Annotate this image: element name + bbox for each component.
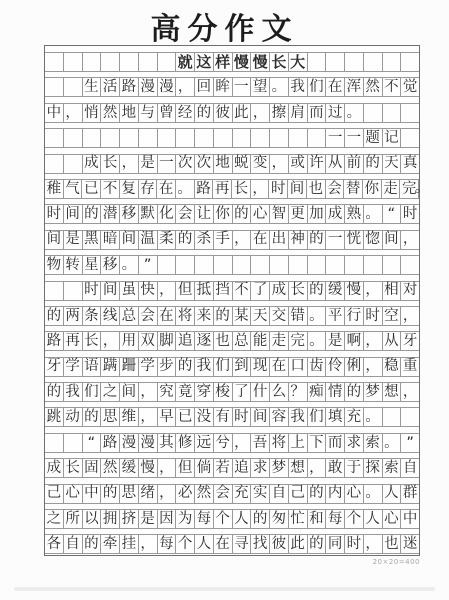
grid-cell: 在 — [326, 78, 345, 96]
grid-cell: 一 — [158, 155, 177, 173]
grid-cell: 于 — [345, 459, 364, 477]
grid-cell: ， — [308, 459, 327, 477]
photo-edge-smudge — [14, 587, 435, 591]
grid-cell: 时 — [45, 205, 64, 223]
grid-cell: 次 — [176, 155, 195, 173]
grid-cell: 的 — [251, 510, 270, 528]
grid-cell — [289, 256, 308, 274]
grid-cell: 心 — [345, 485, 364, 503]
grid-cell: 想 — [383, 383, 402, 401]
grid-row: 己心中的思绪，必然会充实自己的内心。人群 — [45, 484, 419, 504]
grid-cell: 之 — [101, 383, 120, 401]
grid-cell: 情 — [326, 383, 345, 401]
grid-cell: 时 — [233, 408, 252, 426]
grid-cell: 己 — [289, 485, 308, 503]
grid-cell — [139, 53, 158, 71]
grid-cell: 漫 — [158, 78, 177, 96]
grid-cell: 走 — [382, 180, 401, 198]
grid-cell: 但 — [176, 282, 195, 300]
grid-cell — [364, 104, 383, 122]
grid-cell: 天 — [251, 307, 270, 325]
grid-cell: 次 — [195, 155, 214, 173]
grid-cell: 路 — [195, 180, 214, 198]
grid-cell: 化 — [158, 205, 177, 223]
grid-cell: 的 — [308, 282, 327, 300]
grid-cell — [364, 53, 383, 71]
grid-cell — [383, 53, 402, 71]
grid-row: 各自的牵挂，每个人在寻找彼此的同时，也迷 — [45, 534, 419, 554]
grid-cell: 的 — [83, 535, 102, 553]
grid-cell: 路 — [45, 332, 64, 350]
grid-cell: 挂 — [120, 535, 139, 553]
grid-cell: 实 — [251, 485, 270, 503]
grid-cell: 自 — [64, 535, 83, 553]
grid-cell: 人 — [364, 510, 383, 528]
grid-cell: 在 — [214, 535, 233, 553]
grid-row: 间是黑暗间温柔的杀手，在出神的一恍惚间， — [45, 230, 419, 250]
grid-cell: 了 — [251, 282, 270, 300]
grid-cell: 一 — [345, 129, 364, 147]
grid-cell: 会 — [214, 485, 233, 503]
grid-cell: 找 — [251, 535, 270, 553]
manuscript-paper: 就这样慢慢长大生活路漫漫，回眸一望。我们在浑然不觉中，悄然地与曾经的彼此，擦肩而… — [44, 45, 420, 556]
grid-cell: 。 — [383, 434, 402, 452]
grid-row: 时间的潜移默化会让你的心智更加成熟。“时 — [45, 204, 419, 224]
grid-cell: 存 — [139, 180, 158, 198]
grid-cell — [158, 53, 177, 71]
grid-cell: 中 — [45, 104, 64, 122]
grid-cell: 抵 — [195, 282, 214, 300]
grid-cell: 绪 — [139, 485, 158, 503]
grid-cell — [308, 53, 327, 71]
grid-cell: 我 — [64, 383, 83, 401]
grid-cell: 长 — [289, 282, 308, 300]
grid-cell — [233, 256, 252, 274]
grid-cell: 神 — [289, 231, 308, 249]
grid-cell: 牙 — [45, 358, 64, 376]
grid-cell: 伶 — [326, 358, 345, 376]
grid-cell: 会 — [326, 180, 345, 198]
grid-cell: 若 — [214, 459, 233, 477]
grid-cell: 慢 — [233, 53, 252, 71]
grid-cell: 的 — [83, 408, 102, 426]
grid-cell: 们 — [83, 383, 102, 401]
grid-cell: 想 — [289, 459, 308, 477]
grid-cell: 敢 — [326, 459, 345, 477]
grid-cell: 浑 — [345, 78, 364, 96]
grid-cell — [64, 53, 83, 71]
grid-cell: 双 — [139, 332, 158, 350]
grid-cell — [214, 256, 233, 274]
grid-cell: 能 — [251, 332, 270, 350]
grid-cell: 路 — [120, 78, 139, 96]
grid-cell: 熟 — [345, 205, 364, 223]
grid-cell — [195, 256, 214, 274]
grid-cell: 拥 — [101, 510, 120, 528]
grid-cell: 在 — [157, 180, 176, 198]
grid-cell — [401, 104, 419, 122]
grid-cell: 我 — [289, 408, 308, 426]
grid-cell: 的 — [308, 485, 327, 503]
grid-cell: 复 — [120, 180, 139, 198]
grid-cell: 或 — [289, 155, 308, 173]
grid-cell: 移 — [101, 256, 120, 274]
grid-cell: 内 — [326, 485, 345, 503]
grid-cell: 天 — [383, 155, 402, 173]
grid-cell: 长 — [232, 180, 251, 198]
grid-cell: 是 — [139, 510, 158, 528]
grid-cell: 我 — [289, 78, 308, 96]
grid-cell: 脚 — [158, 332, 177, 350]
grid-cell: ” — [401, 434, 419, 452]
grid-cell: 已 — [176, 408, 195, 426]
grid-cell: 然 — [364, 78, 383, 96]
grid-cell: 时 — [401, 205, 419, 223]
grid-cell: 所 — [64, 510, 83, 528]
grid-cell — [101, 129, 120, 147]
grid-row: 稚气已不复存在。路再长，时间也会替你走完。 — [45, 179, 419, 199]
grid-cell: 求 — [345, 434, 364, 452]
grid-cell: 竟 — [176, 383, 195, 401]
grid-cell — [120, 129, 139, 147]
grid-cell: 个 — [214, 510, 233, 528]
grid-row: 牙学语蹒跚学步的我们到现在口齿伶俐，稳重 — [45, 357, 419, 377]
grid-cell: 现 — [251, 358, 270, 376]
grid-cell: 同 — [326, 535, 345, 553]
grid-cell: 们 — [308, 78, 327, 96]
grid-cell: 移 — [120, 205, 139, 223]
grid-cell: 生 — [83, 78, 102, 96]
grid-cell: 时 — [364, 307, 383, 325]
grid-cell: ， — [364, 358, 383, 376]
grid-cell — [401, 53, 419, 71]
grid-cell: 求 — [251, 459, 270, 477]
grid-cell — [45, 53, 64, 71]
grid-cell: 将 — [270, 434, 289, 452]
grid-cell: 为 — [176, 510, 195, 528]
grid-cell: 其 — [158, 434, 177, 452]
grid-cell: 自 — [401, 459, 419, 477]
grid-cell: 总 — [120, 307, 139, 325]
grid-cell: 稚 — [45, 180, 64, 198]
grid-cell: 一 — [233, 78, 252, 96]
grid-cell: 们 — [214, 358, 233, 376]
grid-cell: 没 — [195, 408, 214, 426]
grid-row: 一一题记 — [45, 128, 419, 148]
grid-cell: 们 — [308, 408, 327, 426]
grid-cell — [176, 256, 195, 274]
grid-cell: 总 — [233, 332, 252, 350]
grid-cell — [45, 155, 64, 173]
grid-cell: 有 — [214, 408, 233, 426]
grid-cell — [83, 129, 102, 147]
grid-cell: 长 — [83, 332, 102, 350]
grid-cell: 已 — [82, 180, 101, 198]
grid-spec-label: 20×20=400 — [44, 558, 420, 566]
grid-cell: 智 — [270, 205, 289, 223]
grid-cell: 思 — [120, 485, 139, 503]
grid-cell: 的 — [176, 231, 195, 249]
grid-cell: 蹒 — [101, 358, 120, 376]
grid-cell: 追 — [233, 459, 252, 477]
grid-cell: 每 — [326, 510, 345, 528]
grid-cell: 学 — [139, 358, 158, 376]
grid-cell: 快 — [139, 282, 158, 300]
grid-cell — [383, 104, 402, 122]
grid-cell: 此 — [233, 104, 252, 122]
grid-cell: 穿 — [195, 383, 214, 401]
grid-cell: ， — [158, 282, 177, 300]
grid-cell: ， — [101, 332, 120, 350]
grid-cell: 漫 — [139, 434, 158, 452]
grid-row: 成长固然缓慢，但倘若追求梦想，敢于探索自 — [45, 458, 419, 478]
grid-cell: 地 — [120, 104, 139, 122]
grid-cell: 眸 — [214, 78, 233, 96]
grid-cell: 倘 — [195, 459, 214, 477]
grid-cell: 是 — [326, 332, 345, 350]
grid-cell — [308, 256, 327, 274]
grid-cell: 人 — [195, 535, 214, 553]
grid-cell: 忙 — [289, 510, 308, 528]
grid-cell: 与 — [139, 104, 158, 122]
grid-cell: 固 — [83, 459, 102, 477]
grid-cell: 在 — [251, 231, 270, 249]
grid-cell: 下 — [308, 434, 327, 452]
grid-cell: 彼 — [214, 104, 233, 122]
grid-cell: 梦 — [364, 383, 383, 401]
grid-cell — [345, 256, 364, 274]
grid-cell: 题 — [364, 129, 383, 147]
grid-cell — [64, 282, 83, 300]
grid-cell: 出 — [270, 231, 289, 249]
grid-cell: 啊 — [345, 332, 364, 350]
grid-cell: ， — [233, 434, 252, 452]
grid-cell: ， — [401, 231, 419, 249]
grid-cell: 的 — [45, 307, 64, 325]
grid-cell: 会 — [139, 307, 158, 325]
grid-cell: 长 — [101, 155, 120, 173]
grid-cell: 前 — [345, 155, 364, 173]
grid-cell: 而 — [326, 434, 345, 452]
grid-cell — [64, 129, 83, 147]
grid-cell: 彼 — [270, 535, 289, 553]
grid-cell: 中 — [401, 510, 419, 528]
grid-cell: 不 — [383, 78, 402, 96]
grid-cell — [383, 408, 402, 426]
grid-cell: 每 — [158, 535, 177, 553]
grid-cell: 是 — [139, 155, 158, 173]
grid-cell: 容 — [270, 408, 289, 426]
grid-cell: 活 — [101, 78, 120, 96]
grid-cell: 缓 — [120, 459, 139, 477]
grid-cell: 间 — [383, 231, 402, 249]
grid-cell: 蜕 — [233, 155, 252, 173]
grid-cell: 之 — [45, 510, 64, 528]
grid-cell: ， — [139, 383, 158, 401]
grid-cell: 许 — [308, 155, 327, 173]
grid-cell: 过 — [326, 104, 345, 122]
grid-cell: 牙 — [401, 332, 419, 350]
grid-cell — [251, 256, 270, 274]
grid-cell: 口 — [289, 358, 308, 376]
grid-cell: 因 — [158, 510, 177, 528]
grid-cell — [326, 256, 345, 274]
grid-cell — [158, 256, 177, 274]
grid-cell: 。 — [364, 205, 383, 223]
grid-cell: 然 — [101, 459, 120, 477]
grid-cell: 间 — [120, 383, 139, 401]
grid-cell — [401, 408, 419, 426]
grid-cell: 己 — [45, 485, 64, 503]
grid-cell: 转 — [64, 256, 83, 274]
grid-cell: 挤 — [120, 510, 139, 528]
grid-cell: 。 — [308, 307, 327, 325]
grid-cell: 匆 — [270, 510, 289, 528]
grid-cell: 的 — [101, 485, 120, 503]
grid-cell: 惚 — [364, 231, 383, 249]
grid-cell: 吾 — [251, 434, 270, 452]
grid-cell: 让 — [195, 205, 214, 223]
grid-cell: 但 — [176, 459, 195, 477]
grid-cell: 究 — [158, 383, 177, 401]
grid-cell: 挡 — [214, 282, 233, 300]
grid-cell: 错 — [289, 307, 308, 325]
grid-cell: ， — [364, 535, 383, 553]
grid-cell: 必 — [176, 485, 195, 503]
grid-cell: 修 — [176, 434, 195, 452]
grid-cell: 中 — [83, 485, 102, 503]
grid-cell: 个 — [176, 535, 195, 553]
grid-cell: 。 — [120, 256, 139, 274]
grid-cell — [345, 53, 364, 71]
grid-cell: 黑 — [83, 231, 102, 249]
grid-cell: 寻 — [233, 535, 252, 553]
grid-cell: 步 — [158, 358, 177, 376]
grid-cell: 成 — [270, 282, 289, 300]
grid-cell — [326, 53, 345, 71]
grid-cell: 条 — [83, 307, 102, 325]
grid-cell: 成 — [83, 155, 102, 173]
grid-cell: 痴 — [308, 383, 327, 401]
page-title: 高分作文 — [0, 4, 449, 48]
grid-cell: ， — [64, 104, 83, 122]
grid-cell: 在 — [270, 358, 289, 376]
grid-cell — [233, 129, 252, 147]
grid-cell: 间 — [101, 282, 120, 300]
grid-cell: 将 — [176, 307, 195, 325]
grid-cell: 自 — [270, 485, 289, 503]
grid-cell — [45, 129, 64, 147]
grid-cell: 是 — [64, 231, 83, 249]
grid-cell: 的 — [364, 155, 383, 173]
grid-cell: 长 — [64, 459, 83, 477]
grid-cell: ， — [176, 78, 195, 96]
grid-cell: 心 — [251, 205, 270, 223]
grid-cell: 跳 — [45, 408, 64, 426]
grid-cell: 。 — [364, 408, 383, 426]
grid-cell — [45, 78, 64, 96]
grid-cell: “ — [383, 205, 402, 223]
grid-cell: 不 — [233, 282, 252, 300]
grid-cell: 填 — [326, 408, 345, 426]
grid-cell: 悄 — [83, 104, 102, 122]
grid-cell: 觉 — [401, 78, 419, 96]
grid-cell: 的 — [308, 231, 327, 249]
grid-cell: 间 — [64, 205, 83, 223]
grid-cell: 迷 — [401, 535, 419, 553]
grid-cell: 默 — [139, 205, 158, 223]
grid-cell — [45, 434, 64, 452]
grid-cell: 和 — [308, 510, 327, 528]
grid-cell: 地 — [214, 155, 233, 173]
grid-row: 的我们之间，究竟穿梭了什么？痴情的梦想， — [45, 382, 419, 402]
grid-cell: 慢 — [345, 282, 364, 300]
grid-cell: 么 — [270, 383, 289, 401]
grid-cell: 某 — [233, 307, 252, 325]
grid-cell: 暗 — [101, 231, 120, 249]
grid-cell: 了 — [233, 383, 252, 401]
grid-cell: 肩 — [289, 104, 308, 122]
grid-cell: 你 — [363, 180, 382, 198]
grid-cell: ？ — [289, 383, 308, 401]
grid-cell: “ — [83, 434, 102, 452]
grid-cell: 思 — [101, 408, 120, 426]
grid-cell: 间 — [251, 408, 270, 426]
grid-cell: 成 — [326, 205, 345, 223]
grid-cell: 动 — [64, 408, 83, 426]
grid-cell: 兮 — [214, 434, 233, 452]
grid-cell — [308, 129, 327, 147]
grid-cell: 。 — [345, 104, 364, 122]
grid-cell: 俐 — [345, 358, 364, 376]
grid-row: 路再长，用双脚追逐也总能走完。是啊，从牙 — [45, 331, 419, 351]
grid-cell — [270, 129, 289, 147]
grid-cell: 重 — [401, 358, 419, 376]
grid-row: 物转星移。” — [45, 255, 419, 275]
grid-row: 中，悄然地与曾经的彼此，擦肩而过。 — [45, 103, 419, 123]
grid-cell — [383, 256, 402, 274]
grid-cell — [101, 53, 120, 71]
grid-cell: 潜 — [101, 205, 120, 223]
grid-cell: ， — [401, 383, 419, 401]
grid-cell: 的 — [195, 104, 214, 122]
grid-cell: ， — [120, 155, 139, 173]
grid-cell — [139, 129, 158, 147]
grid-cell: 以 — [83, 510, 102, 528]
grid-cell: 从 — [326, 155, 345, 173]
grid-cell: ， — [158, 485, 177, 503]
grid-row: 就这样慢慢长大 — [45, 52, 419, 72]
grid-cell: 上 — [289, 434, 308, 452]
grid-cell: 空 — [383, 307, 402, 325]
grid-cell: 漫 — [120, 434, 139, 452]
grid-cell: ， — [364, 282, 383, 300]
grid-cell: 。 — [308, 332, 327, 350]
grid-cell — [176, 129, 195, 147]
grid-cell: 时 — [345, 535, 364, 553]
grid-cell: 梦 — [270, 459, 289, 477]
grid-cell: 再 — [64, 332, 83, 350]
grid-cell: 不 — [101, 180, 120, 198]
grid-cell: 逐 — [195, 332, 214, 350]
grid-row: 跳动的思维，早已没有时间容我们填充。 — [45, 407, 419, 427]
grid-cell — [364, 256, 383, 274]
grid-cell: 心 — [383, 510, 402, 528]
grid-cell: ” — [139, 256, 158, 274]
grid-cell: 对 — [401, 282, 419, 300]
grid-cell: 变 — [251, 155, 270, 173]
grid-cell — [401, 129, 419, 147]
